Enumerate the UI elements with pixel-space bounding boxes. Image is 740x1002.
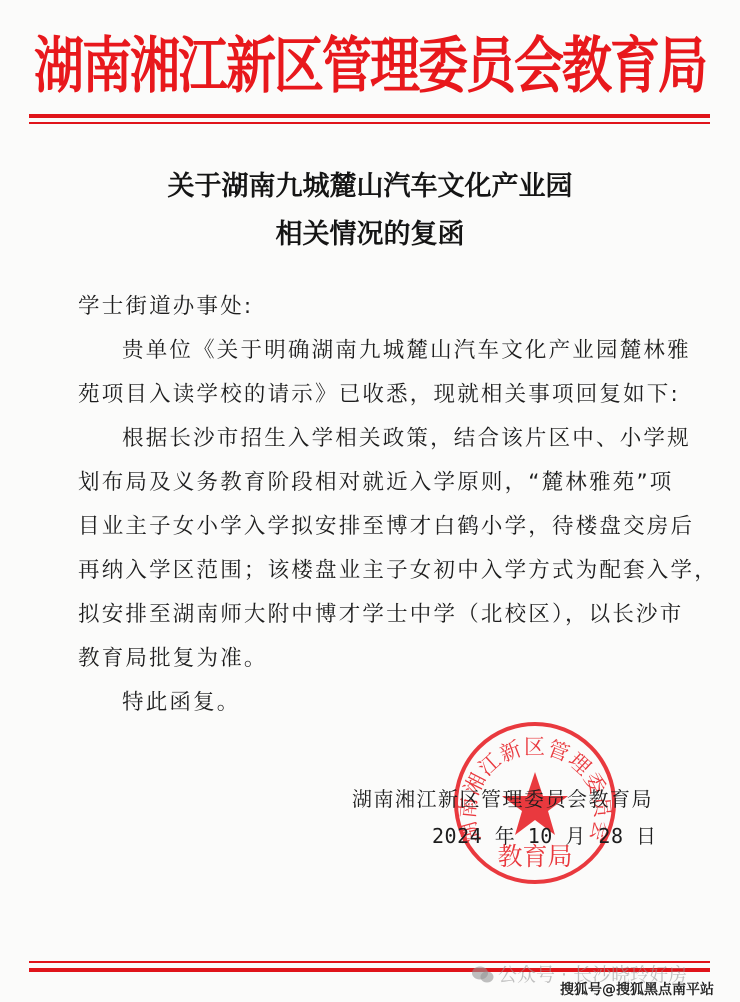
body-line: 教育局批复为准。 (78, 641, 268, 672)
body-line: 苑项目入读学校的请示》已收悉，现就相关事项回复如下: (78, 377, 680, 408)
body-line: 拟安排至湖南师大附中博才学士中学（北校区），以长沙市 (78, 597, 683, 628)
closing-line: 特此函复。 (122, 685, 241, 716)
wechat-icon (472, 966, 494, 989)
letterhead-rule-thick (29, 114, 710, 118)
signer-organization: 湖南湘江新区管理委员会教育局 (352, 783, 653, 812)
document-title-line-1: 关于湖南九城麓山汽车文化产业园 (0, 164, 740, 203)
sohu-watermark: 搜狐号@搜狐黑点南平站 (560, 979, 714, 999)
recipient: 学士街道办事处: (78, 289, 253, 320)
letterhead-title: 湖南湘江新区管理委员会教育局 (0, 28, 740, 104)
document-title-line-2: 相关情况的复函 (0, 212, 740, 251)
document-date: 2024 年 10 月 28 日 (432, 820, 657, 849)
body-line: 根据长沙市招生入学相关政策，结合该片区中、小学规 (122, 421, 691, 452)
letterhead-rule-thin (29, 122, 710, 124)
body-line: 目业主子女小学入学拟安排至博才白鹤小学，待楼盘交房后 (78, 509, 694, 540)
body-line: 贵单位《关于明确湖南九城麓山汽车文化产业园麓林雅 (122, 333, 691, 364)
body-line: 划布局及义务教育阶段相对就近入学原则，“麓林雅苑”项 (78, 465, 673, 496)
body-line: 再纳入学区范围；该楼盘业主子女初中入学方式为配套入学， (78, 553, 718, 584)
